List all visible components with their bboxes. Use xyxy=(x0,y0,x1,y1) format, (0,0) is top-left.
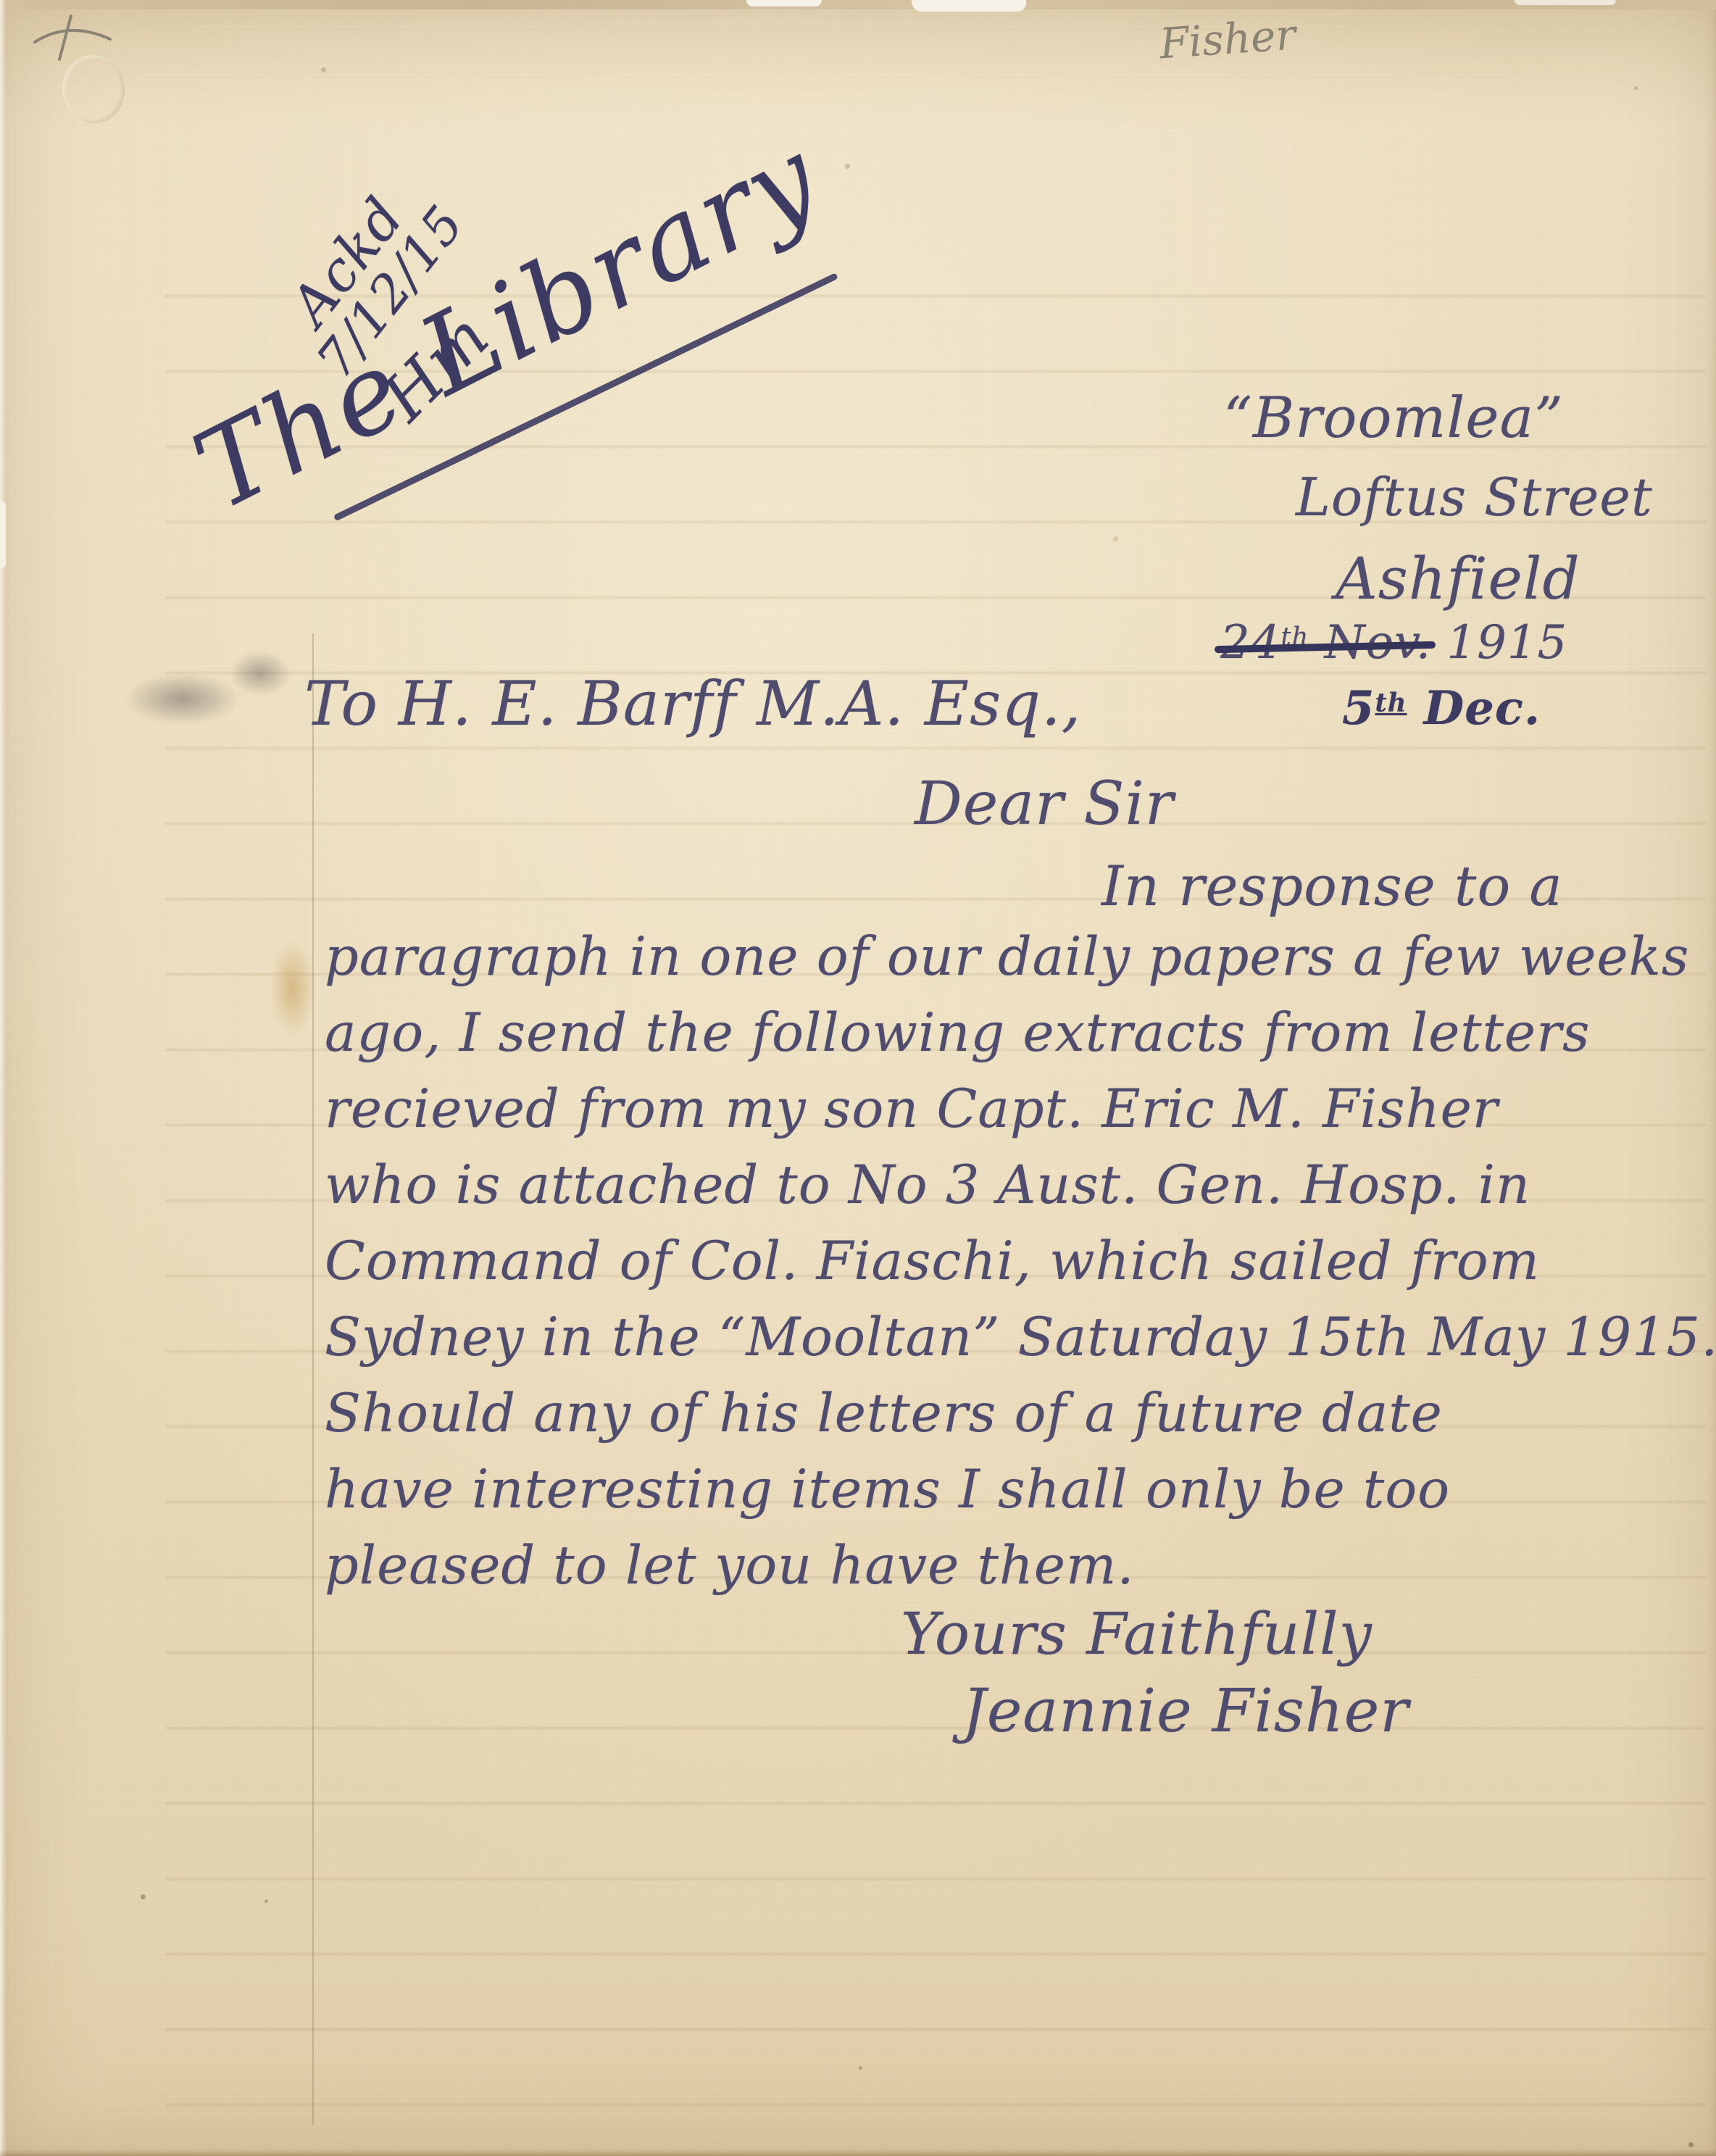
date-year: 1915 xyxy=(1446,616,1567,670)
corner-cross-pencil-mark xyxy=(29,12,116,62)
struck-month: Nov. xyxy=(1325,616,1431,670)
revised-month: Dec. xyxy=(1424,681,1541,736)
body-line: paragraph in one of our daily papers a f… xyxy=(325,919,1716,995)
letter-scan-page: Fisher Ackd 7/12/15 Hm The Library “Broo… xyxy=(0,0,1716,2156)
letterhead-suburb: Ashfield xyxy=(1336,545,1580,612)
salutation: Dear Sir xyxy=(915,770,1174,838)
torn-edge-patch xyxy=(1515,0,1616,5)
paper-bottom-edge xyxy=(0,2149,1716,2156)
signature: Jeannie Fisher xyxy=(962,1677,1409,1746)
body-line: recieved from my son Capt. Eric M. Fishe… xyxy=(325,1071,1716,1147)
embossed-seal xyxy=(58,51,129,127)
pencil-surname-annotation: Fisher xyxy=(1158,10,1297,69)
body-line: have interesting items I shall only be t… xyxy=(325,1452,1716,1528)
torn-edge-patch xyxy=(912,0,1026,12)
body-line: ago, I send the following extracts from … xyxy=(325,995,1716,1071)
paper-edge-notch xyxy=(0,501,6,568)
body-line: Sydney in the “Mooltan” Saturday 15th Ma… xyxy=(325,1299,1716,1375)
revised-day: 5 xyxy=(1342,681,1375,736)
struck-out-date: 24th Nov. xyxy=(1220,616,1431,670)
margin-rule-line xyxy=(312,633,314,2125)
paper-left-edge xyxy=(0,0,7,2156)
letter-body: paragraph in one of our daily papers a f… xyxy=(325,919,1716,1604)
ink-smudge xyxy=(229,651,291,696)
body-line: who is attached to No 3 Aust. Gen. Hosp.… xyxy=(325,1147,1716,1223)
body-line: Command of Col. Fiaschi, which sailed fr… xyxy=(325,1223,1716,1299)
body-line: pleased to let you have them. xyxy=(325,1528,1716,1604)
opening-phrase: In response to a xyxy=(1101,854,1563,918)
paper-stain xyxy=(271,941,315,1035)
ink-smudge xyxy=(125,673,241,725)
revised-date-line: 5th Dec. xyxy=(1342,681,1541,736)
library-note: The Library xyxy=(176,114,851,558)
struck-day: 24 xyxy=(1220,616,1280,670)
revised-day-suffix: th xyxy=(1375,688,1407,717)
body-line: Should any of his letters of a future da… xyxy=(325,1375,1716,1452)
letter-date-line: 24th Nov. 1915 xyxy=(1220,616,1567,670)
torn-edge-patch xyxy=(746,0,822,7)
letterhead-house-name: “Broomlea” xyxy=(1223,386,1564,451)
recipient-line: To H. E. Barff M.A. Esq., xyxy=(304,668,1081,739)
paper-specks xyxy=(0,0,2,2)
paper-top-edge xyxy=(0,0,1716,9)
letterhead-street: Loftus Street xyxy=(1296,467,1653,528)
struck-day-suffix: th xyxy=(1280,622,1309,652)
closing-valediction: Yours Faithfully xyxy=(901,1600,1373,1668)
